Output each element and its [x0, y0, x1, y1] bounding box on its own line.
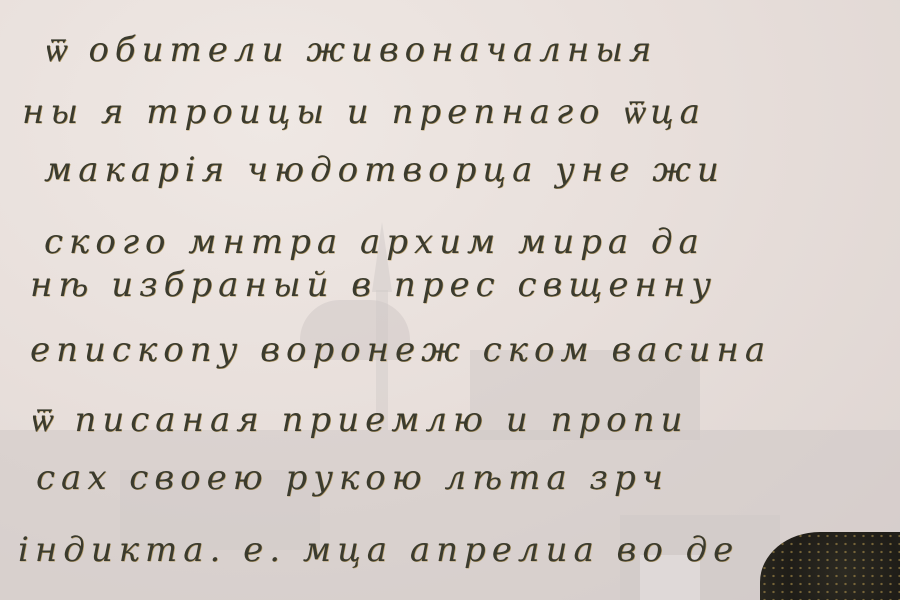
manuscript-line-7: ѿ писаная приемлю и пропи — [30, 400, 688, 440]
manuscript-line-9: індикта. е. мца апрелиа во де — [18, 530, 739, 570]
manuscript-line-2: ны я троицы и препнаго ѿца — [22, 92, 706, 132]
manuscript-line-6: епископу воронеж ском васина — [30, 330, 771, 370]
manuscript-line-5: нѣ избраный в прес свщенну — [30, 265, 717, 305]
manuscript-line-4: ского мнтра архим мира да — [44, 222, 705, 262]
manuscript-text: ѿ обители живоначалныя ны я троицы и пре… — [0, 0, 900, 600]
manuscript-line-3: макарія чюдотворца уне жи — [44, 150, 725, 190]
manuscript-line-1: ѿ обители живоначалныя — [44, 30, 657, 70]
manuscript-line-8: сах своею рукою лѣта зрч — [36, 458, 669, 498]
manuscript-page: ѿ обители живоначалныя ны я троицы и пре… — [0, 0, 900, 600]
